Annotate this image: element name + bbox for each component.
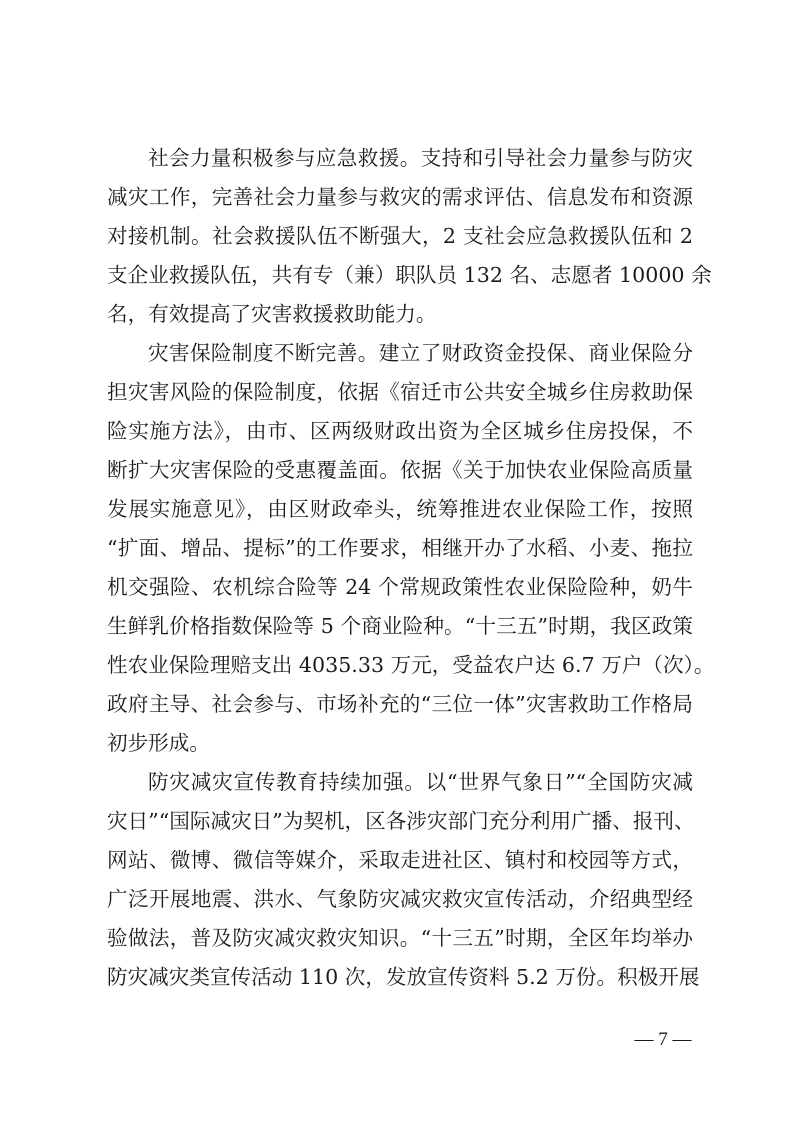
text-line: 防灾减灾宣传教育持续加强。以“世界气象日”“全国防灾减: [107, 763, 693, 802]
text-line: 灾日”“国际减灾日”为契机，区各涉灾部门充分利用广播、报刊、: [107, 802, 693, 841]
paragraph-disaster-insurance: 灾害保险制度不断完善。建立了财政资金投保、商业保险分 担灾害风险的保险制度，依据…: [107, 334, 693, 763]
text-line: 灾害保险制度不断完善。建立了财政资金投保、商业保险分: [107, 334, 693, 373]
text-line: “扩面、增品、提标”的工作要求，相继开办了水稻、小麦、拖拉: [107, 529, 693, 568]
document-body: 社会力量积极参与应急救援。支持和引导社会力量参与防灾 减灾工作，完善社会力量参与…: [107, 139, 693, 997]
paragraph-social-rescue: 社会力量积极参与应急救援。支持和引导社会力量参与防灾 减灾工作，完善社会力量参与…: [107, 139, 693, 334]
text-line: 断扩大灾害保险的受惠覆盖面。依据《关于加快农业保险高质量: [107, 451, 693, 490]
text-line: 验做法，普及防灾减灾救灾知识。“十三五”时期，全区年均举办: [107, 919, 693, 958]
text-line: 社会力量积极参与应急救援。支持和引导社会力量参与防灾: [107, 139, 693, 178]
document-page: 社会力量积极参与应急救援。支持和引导社会力量参与防灾 减灾工作，完善社会力量参与…: [0, 0, 793, 1122]
text-line: 广泛开展地震、洪水、气象防灾减灾救灾宣传活动，介绍典型经: [107, 880, 693, 919]
text-line: 支企业救援队伍，共有专（兼）职队员 132 名、志愿者 10000 余: [107, 256, 693, 295]
text-line: 名，有效提高了灾害救援救助能力。: [107, 295, 693, 334]
paragraph-publicity-education: 防灾减灾宣传教育持续加强。以“世界气象日”“全国防灾减 灾日”“国际减灾日”为契…: [107, 763, 693, 997]
text-line: 发展实施意见》，由区财政牵头，统筹推进农业保险工作，按照: [107, 490, 693, 529]
text-line: 网站、微博、微信等媒介，采取走进社区、镇村和校园等方式，: [107, 841, 693, 880]
text-line: 政府主导、社会参与、市场补充的“三位一体”灾害救助工作格局: [107, 685, 693, 724]
text-line: 险实施方法》，由市、区两级财政出资为全区城乡住房投保，不: [107, 412, 693, 451]
text-line: 减灾工作，完善社会力量参与救灾的需求评估、信息发布和资源: [107, 178, 693, 217]
text-line: 防灾减灾类宣传活动 110 次，发放宣传资料 5.2 万份。积极开展: [107, 958, 693, 997]
text-line: 机交强险、农机综合险等 24 个常规政策性农业保险险种，奶牛: [107, 568, 693, 607]
text-line: 对接机制。社会救援队伍不断强大，2 支社会应急救援队伍和 2: [107, 217, 693, 256]
text-line: 生鲜乳价格指数保险等 5 个商业险种。“十三五”时期，我区政策: [107, 607, 693, 646]
text-line: 初步形成。: [107, 724, 693, 763]
text-line: 担灾害风险的保险制度，依据《宿迁市公共安全城乡住房救助保: [107, 373, 693, 412]
text-line: 性农业保险理赔支出 4035.33 万元，受益农户达 6.7 万户（次）。: [107, 646, 693, 685]
page-number: — 7 —: [626, 1026, 700, 1054]
